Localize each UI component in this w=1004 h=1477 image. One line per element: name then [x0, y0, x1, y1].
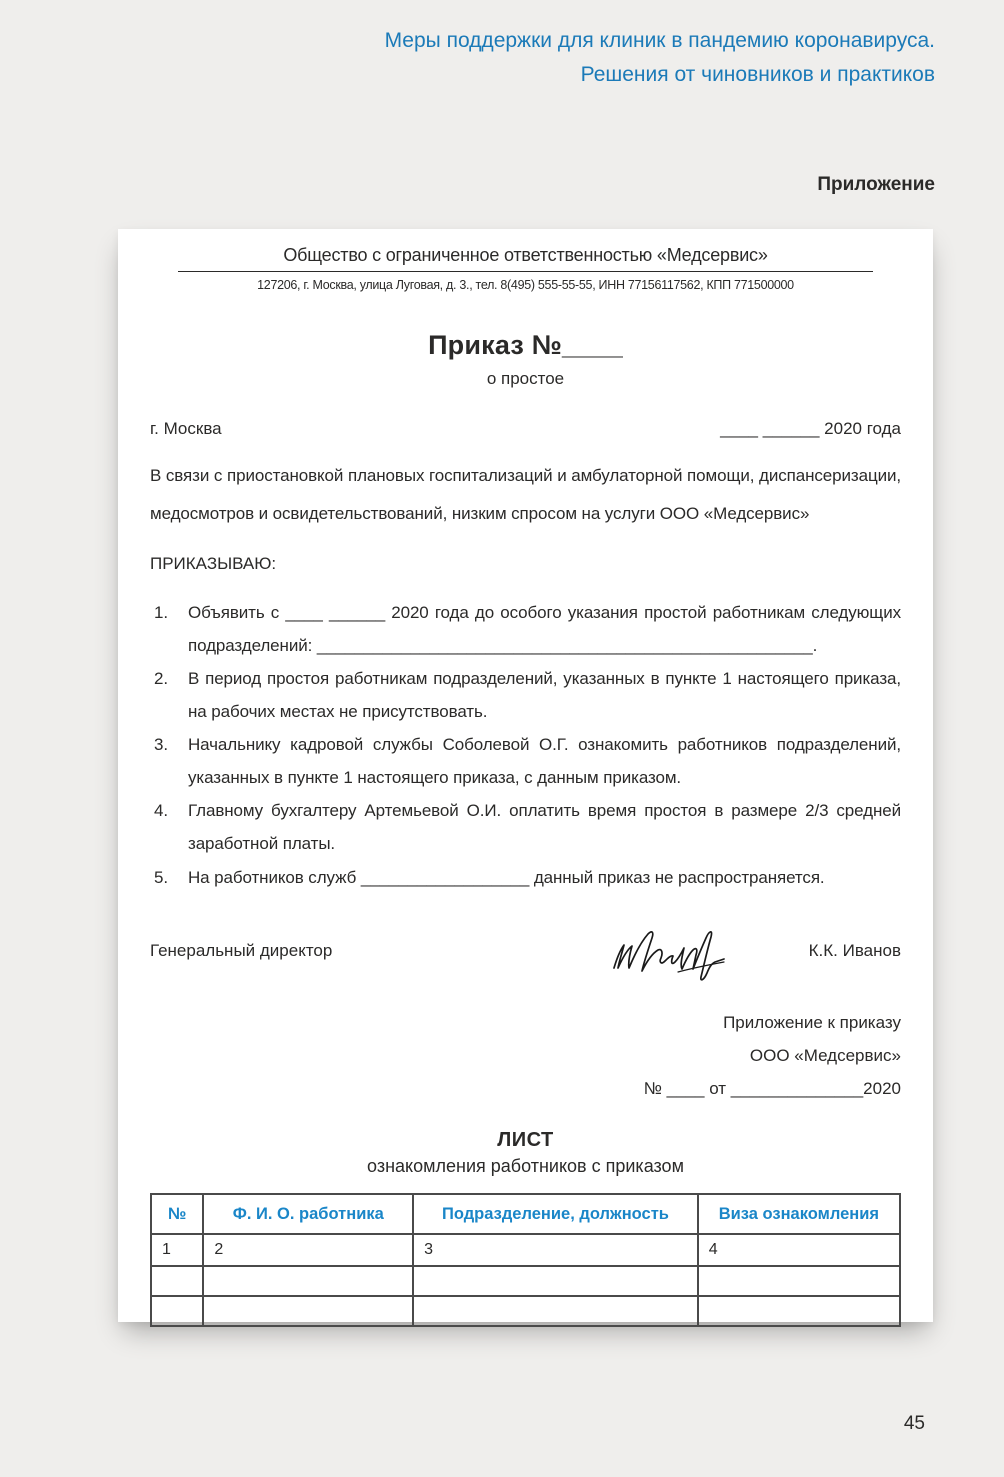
- city-label: г. Москва: [150, 419, 222, 439]
- order-item-3: 3. Начальнику кадровой службы Соболевой …: [154, 728, 901, 794]
- table-cell: 1: [151, 1234, 203, 1266]
- appendix-reference-block: Приложение к приказу ООО «Медсервис» № _…: [150, 1006, 901, 1105]
- city-date-row: г. Москва ____ ______ 2020 года: [150, 419, 901, 439]
- magazine-page: { "page": { "header_line1": "Меры поддер…: [0, 0, 1004, 1477]
- date-blank: ____ ______ 2020 года: [720, 419, 901, 439]
- table-row: 1 2 3 4: [151, 1234, 900, 1266]
- table-cell: 4: [698, 1234, 900, 1266]
- table-cell: [413, 1296, 698, 1326]
- acknowledgement-table: № Ф. И. О. работника Подразделение, долж…: [150, 1193, 901, 1327]
- company-details: 127206, г. Москва, улица Луговая, д. 3.,…: [150, 278, 901, 292]
- table-cell: [413, 1266, 698, 1296]
- order-item-number: 2.: [154, 662, 188, 728]
- appendix-ref-line1: Приложение к приказу: [150, 1006, 901, 1039]
- table-cell: [151, 1266, 203, 1296]
- order-item-text: Начальнику кадровой службы Соболевой О.Г…: [188, 728, 901, 794]
- sheet-title: ЛИСТ: [150, 1129, 901, 1152]
- order-preamble: В связи с приостановкой плановых госпита…: [150, 457, 901, 534]
- table-row: [151, 1296, 900, 1326]
- table-cell: [151, 1296, 203, 1326]
- publication-header: Меры поддержки для клиник в пандемию кор…: [235, 24, 935, 92]
- company-title: Общество с ограниченное ответственностью…: [178, 245, 873, 272]
- order-document-card: Общество с ограниченное ответственностью…: [118, 229, 933, 1322]
- order-item-number: 1.: [154, 596, 188, 662]
- table-cell: 3: [413, 1234, 698, 1266]
- publication-header-line1: Меры поддержки для клиник в пандемию кор…: [235, 24, 935, 58]
- order-item-1: 1. Объявить с ____ ______ 2020 года до о…: [154, 596, 901, 662]
- signature-row: Генеральный директор К.К. Иванов: [150, 920, 901, 982]
- order-title: Приказ №____: [150, 330, 901, 361]
- order-item-text: В период простоя работникам подразделени…: [188, 662, 901, 728]
- director-name: К.К. Иванов: [736, 941, 901, 961]
- order-item-text: На работников служб __________________ д…: [188, 861, 901, 894]
- table-header-visa: Виза ознакомления: [698, 1194, 900, 1234]
- order-verb: ПРИКАЗЫВАЮ:: [150, 554, 901, 574]
- table-cell: 2: [203, 1234, 413, 1266]
- table-cell: [698, 1266, 900, 1296]
- table-header-row: № Ф. И. О. работника Подразделение, долж…: [151, 1194, 900, 1234]
- sheet-subtitle: ознакомления работников с приказом: [150, 1156, 901, 1177]
- order-item-5: 5. На работников служб _________________…: [154, 861, 901, 894]
- order-item-number: 3.: [154, 728, 188, 794]
- table-row: [151, 1266, 900, 1296]
- order-item-text: Главному бухгалтеру Артемьевой О.И. опла…: [188, 794, 901, 860]
- handwritten-signature-icon: [608, 920, 726, 982]
- appendix-label: Приложение: [817, 174, 935, 196]
- table-header-department: Подразделение, должность: [413, 1194, 698, 1234]
- appendix-ref-line3: № ____ от ______________2020: [150, 1072, 901, 1105]
- table-header-employee-name: Ф. И. О. работника: [203, 1194, 413, 1234]
- table-cell: [203, 1296, 413, 1326]
- order-item-number: 4.: [154, 794, 188, 860]
- table-cell: [203, 1266, 413, 1296]
- table-header-number: №: [151, 1194, 203, 1234]
- page-number: 45: [904, 1413, 925, 1435]
- director-position-label: Генеральный директор: [150, 941, 332, 961]
- table-cell: [698, 1296, 900, 1326]
- order-item-text: Объявить с ____ ______ 2020 года до особ…: [188, 596, 901, 662]
- order-item-number: 5.: [154, 861, 188, 894]
- publication-header-line2: Решения от чиновников и практиков: [235, 58, 935, 92]
- order-items-list: 1. Объявить с ____ ______ 2020 года до о…: [150, 596, 901, 894]
- order-item-4: 4. Главному бухгалтеру Артемьевой О.И. о…: [154, 794, 901, 860]
- appendix-ref-line2: ООО «Медсервис»: [150, 1039, 901, 1072]
- order-subtitle: о простое: [150, 369, 901, 389]
- order-item-2: 2. В период простоя работникам подраздел…: [154, 662, 901, 728]
